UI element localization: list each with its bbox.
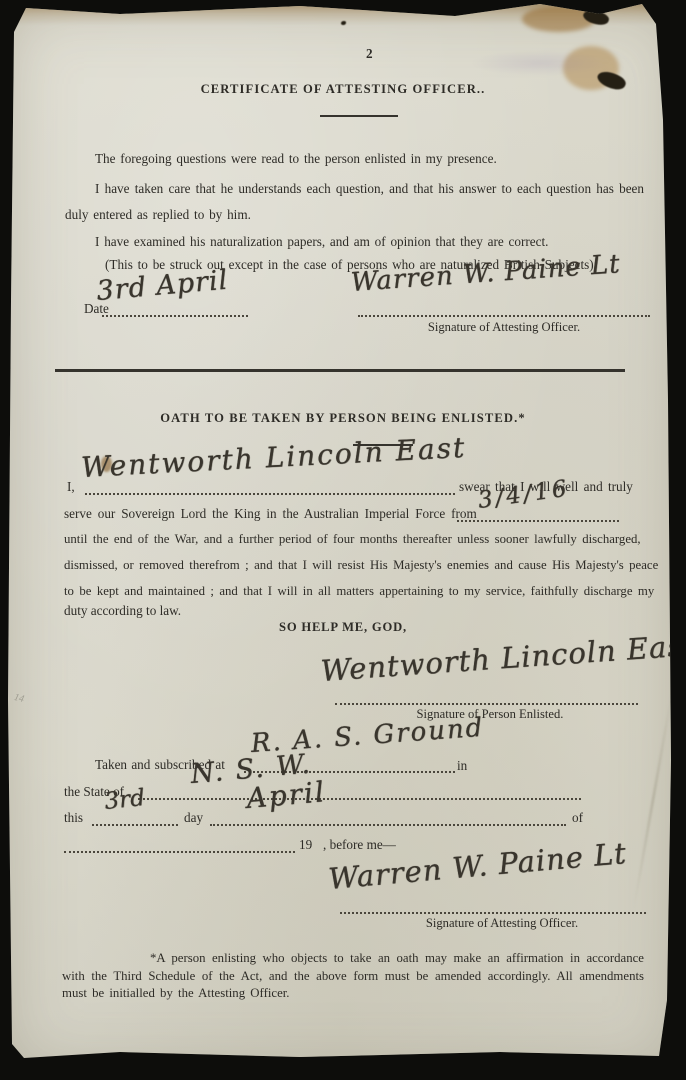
faded-stamp — [470, 50, 610, 76]
person-enlisted-signature-handwriting: Wentworth Lincoln East — [320, 628, 686, 688]
month-handwriting: April — [245, 775, 327, 815]
dotted-line-person-signature — [335, 689, 638, 705]
cert-paragraph-1: The foregoing questions were read to the… — [65, 146, 644, 172]
page-number: 2 — [366, 46, 373, 62]
signature-caption-1: Signature of Attesting Officer. — [358, 320, 650, 335]
year-prefix: 19 — [299, 837, 312, 853]
footnote: *A person enlisting who objects to take … — [62, 950, 644, 1003]
oath-line-4: dismissed, or removed therefrom ; and th… — [64, 558, 644, 573]
oath-prefix: I, — [67, 479, 75, 495]
certificate-title: CERTIFICATE OF ATTESTING OFFICER.. — [143, 82, 543, 97]
oath-title: OATH TO BE TAKEN BY PERSON BEING ENLISTE… — [143, 411, 543, 426]
in-label: in — [457, 758, 467, 774]
paper-crease — [633, 691, 673, 908]
title-rule — [320, 115, 398, 117]
section-divider — [55, 369, 625, 372]
signature-caption-2: Signature of Attesting Officer. — [372, 916, 632, 931]
cert-paragraph-2: I have taken care that he understands ea… — [65, 176, 644, 228]
dotted-line-signature-1 — [358, 301, 650, 317]
before-me-label: , before me— — [323, 837, 396, 853]
enlistee-name-handwriting: Wentworth Lincoln East — [80, 431, 467, 484]
day-label: day — [184, 810, 203, 826]
oath-line-5: to be kept and maintained ; and that I w… — [64, 584, 644, 599]
dotted-line-name — [85, 479, 455, 495]
oath-line-2: serve our Sovereign Lord the King in the… — [64, 506, 477, 522]
pencil-mark: 14 — [13, 692, 25, 705]
dotted-line-year — [64, 837, 295, 853]
of-label: of — [572, 810, 583, 826]
oath-line-3: until the end of the War, and a further … — [64, 532, 644, 547]
this-label: this — [64, 810, 83, 826]
so-help-me-god-text: SO HELP ME, GOD, — [243, 620, 443, 635]
day-value-handwriting: 3rd — [103, 785, 146, 815]
dotted-line-signature-2 — [340, 898, 646, 914]
oath-line-6: duty according to law. — [64, 603, 181, 619]
paper-sheet: 14 2 CERTIFICATE OF ATTESTING OFFICER.. … — [0, 0, 686, 1080]
scanned-enlistment-form: 14 2 CERTIFICATE OF ATTESTING OFFICER.. … — [0, 0, 686, 1080]
